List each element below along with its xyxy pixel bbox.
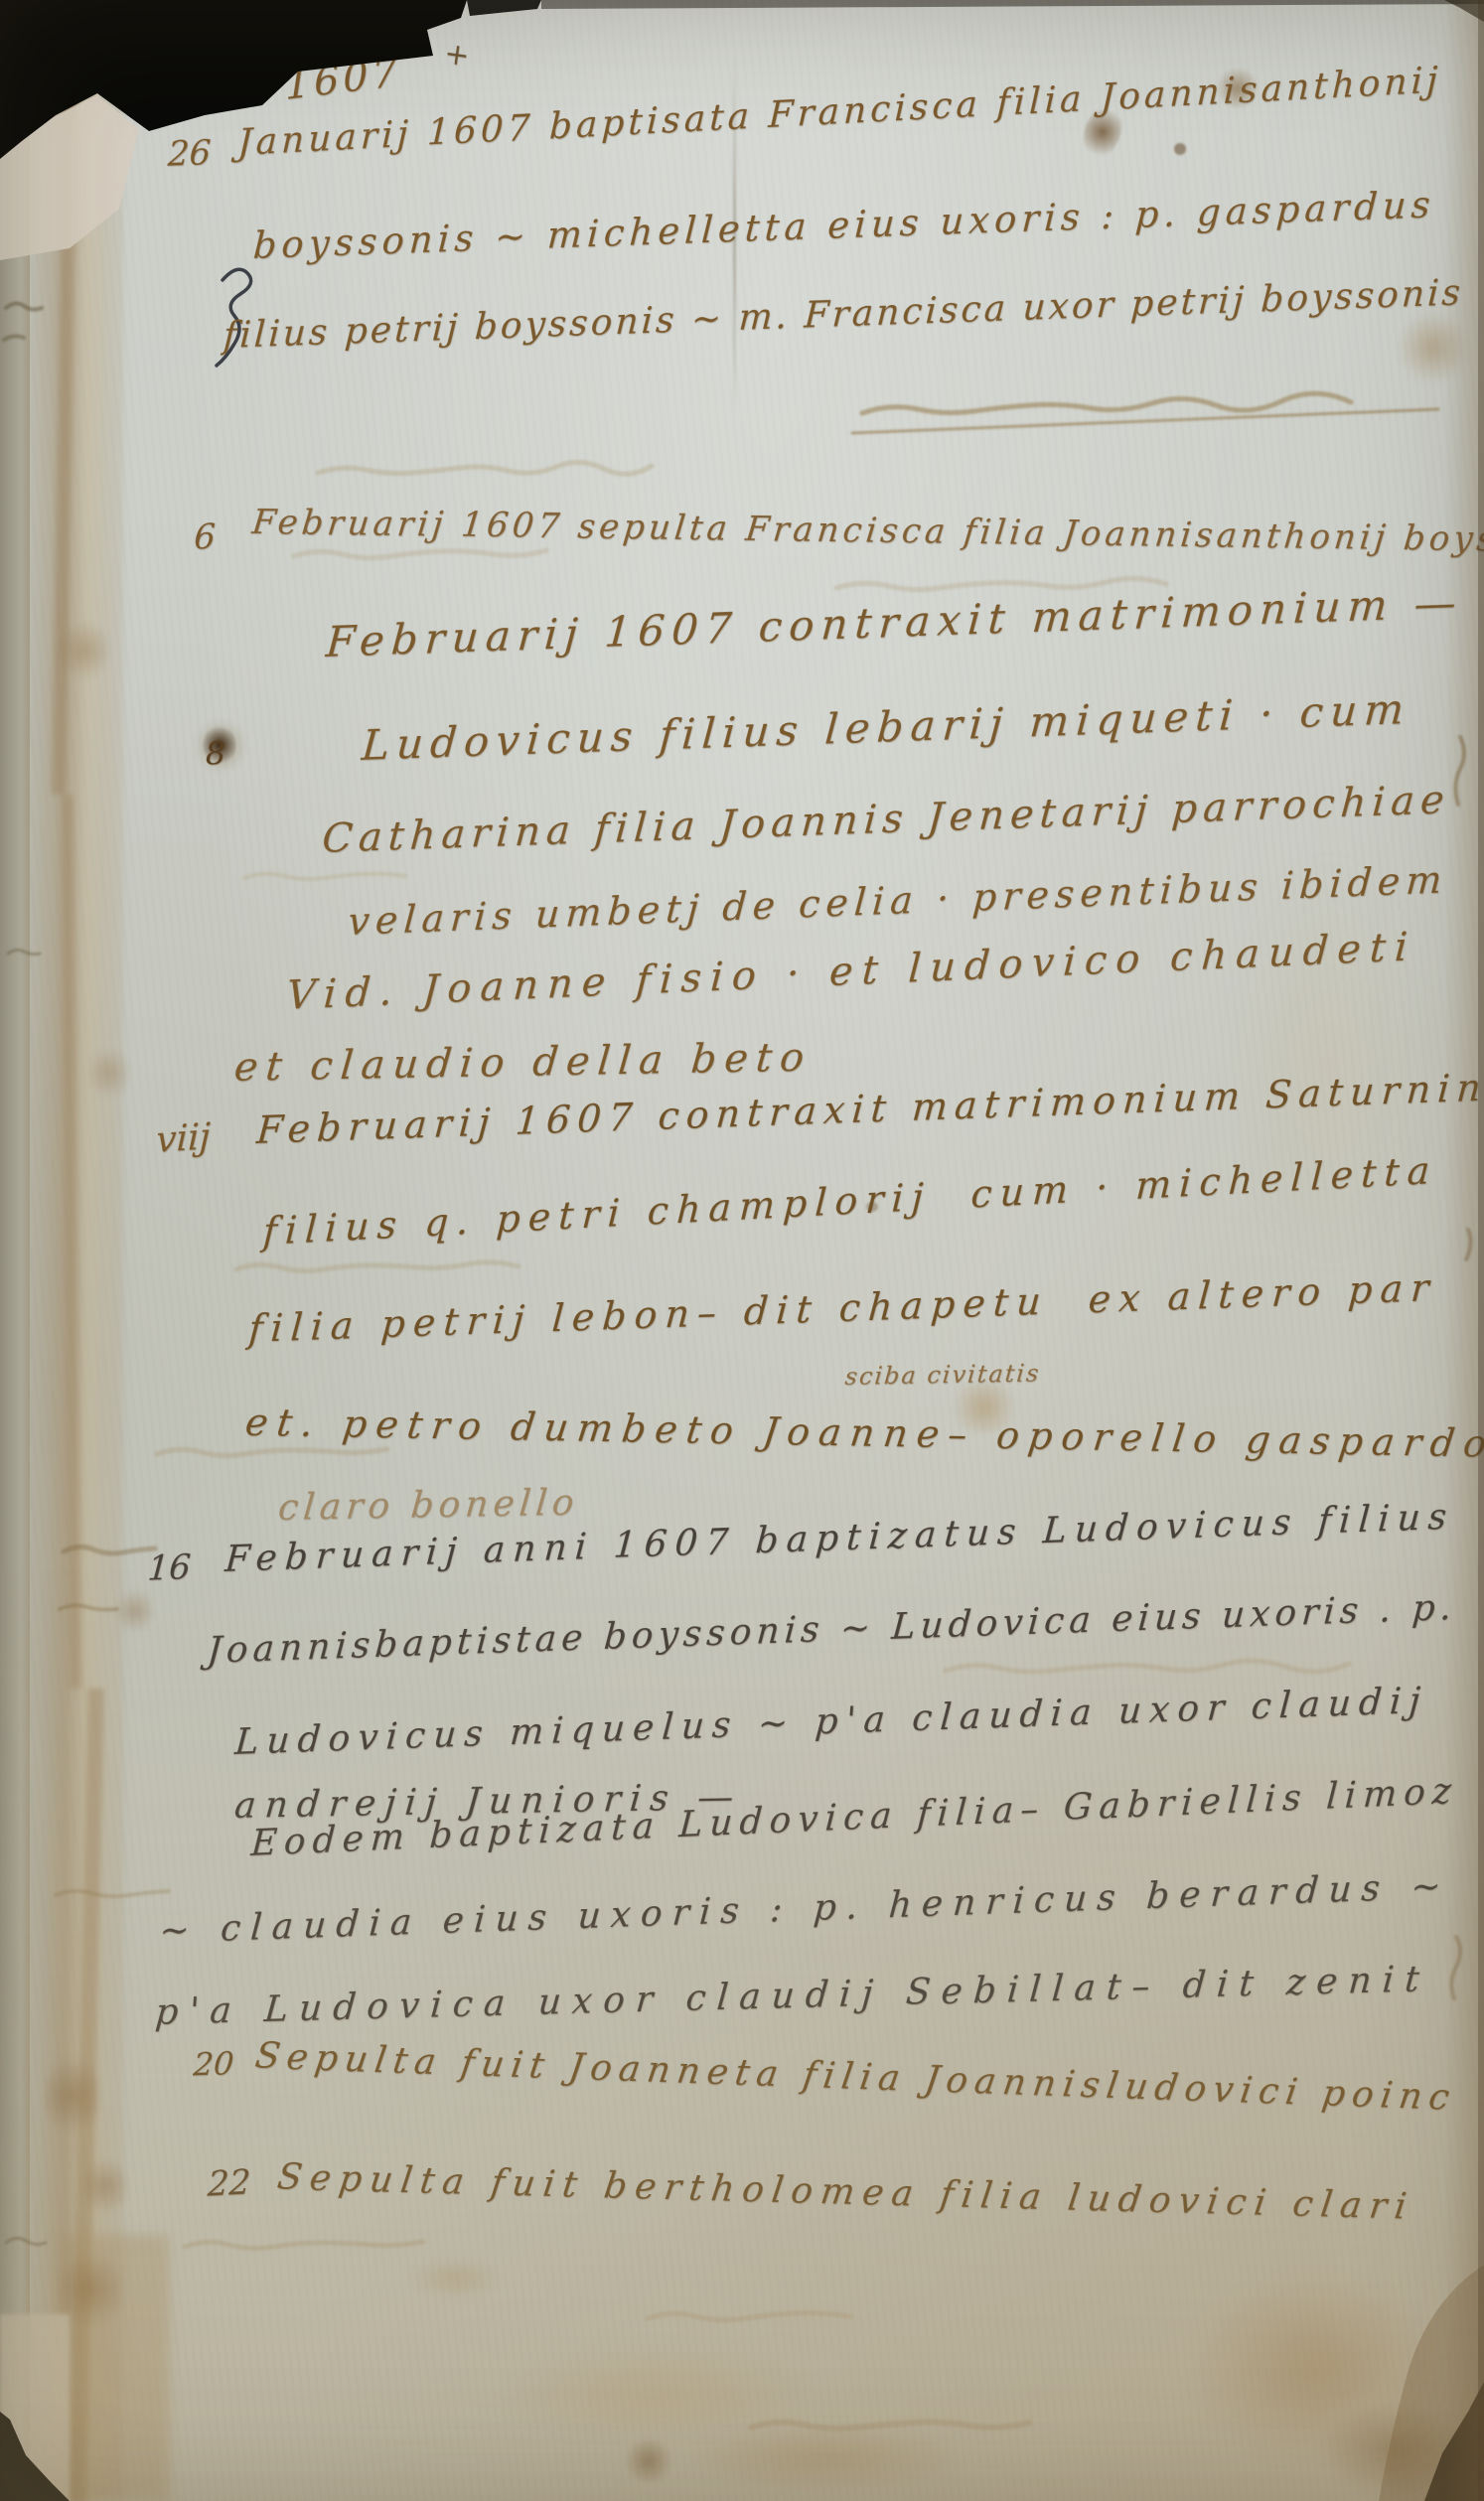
vignette xyxy=(0,0,1484,2501)
manuscript-page: 1607 + 26 Januarij 1607 baptisata Franci… xyxy=(0,0,1484,2501)
